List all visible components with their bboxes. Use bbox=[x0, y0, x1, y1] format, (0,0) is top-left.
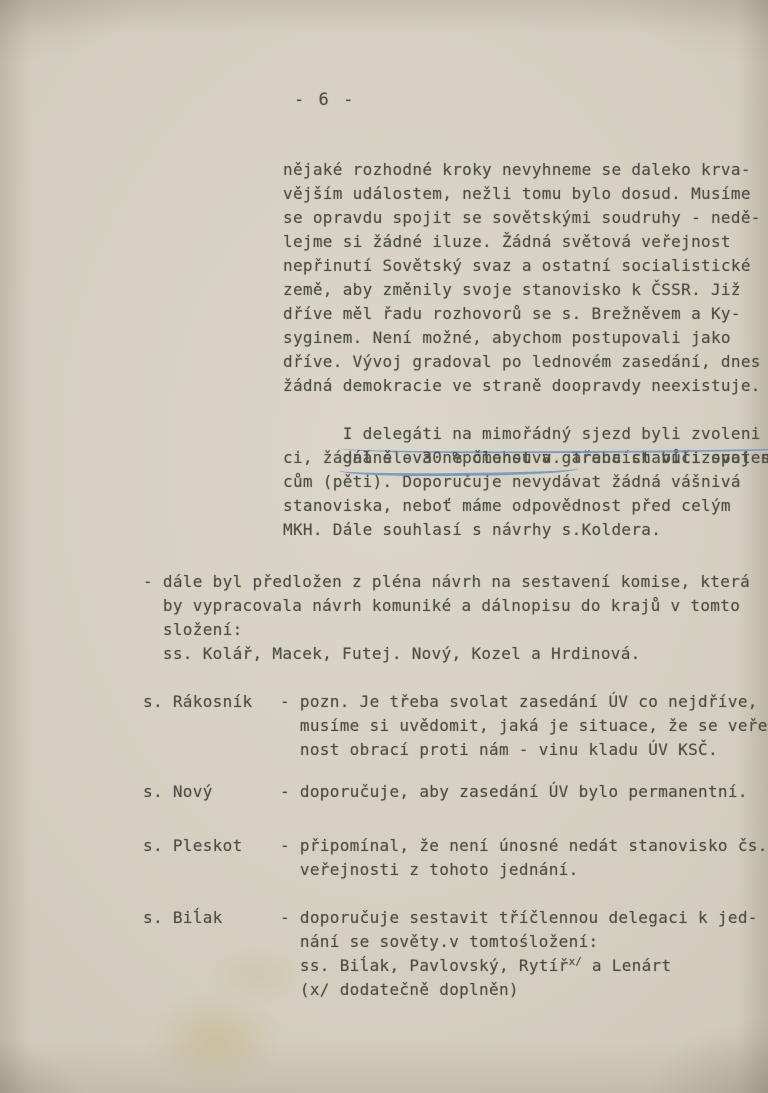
text-line: nepřinutí Sovětský svaz a ostatní social… bbox=[283, 254, 753, 278]
main-paragraph: nějaké rozhodné kroky nevyhneme se dalek… bbox=[283, 158, 753, 542]
footnote-marker: x/ bbox=[569, 955, 582, 968]
text-line: dříve. Vývoj gradoval po lednovém zasedá… bbox=[283, 350, 753, 374]
speaker-remark: - doporučuje sestavit tříčlennou delegac… bbox=[280, 906, 758, 1002]
speaker-entry-bilak: s. Biĺak - doporučuje sestavit tříčlenno… bbox=[143, 906, 758, 1002]
text-segment: ss. Biĺak, Pavlovský, Rytíř bbox=[280, 956, 569, 975]
text-line: země, aby změnily svoje stanovisko k ČSS… bbox=[283, 278, 753, 302]
text-line-underlined: I delegáti na mimořádný sjezd byli zvole… bbox=[283, 398, 753, 422]
text-line: cům (pěti). Doporučuje nevydávat žádná v… bbox=[283, 470, 753, 494]
text-segment: gálně - 30 % členstva. bbox=[343, 448, 562, 467]
speaker-remark: - doporučuje, aby zasedání ÚV bylo perma… bbox=[280, 780, 748, 804]
text-line: ss. Kolář, Macek, Futej. Nový, Kozel a H… bbox=[143, 642, 753, 666]
text-line: - připomínal, že není únosné nedát stano… bbox=[280, 834, 768, 858]
speaker-remark: - připomínal, že není únosné nedát stano… bbox=[280, 834, 768, 882]
text-line: nání se sověty.v tomtośložení: bbox=[280, 930, 758, 954]
speaker-name: s. Biĺak bbox=[143, 906, 280, 930]
text-line: lejme si žádné iluze. Žádná světová veře… bbox=[283, 230, 753, 254]
text-line: se opravdu spojit se sovětskými soudruhy… bbox=[283, 206, 753, 230]
speaker-entry-pleskot: s. Pleskot - připomínal, že není únosné … bbox=[143, 834, 768, 882]
underlined-text: I delegáti na mimořádný sjezd byli zvole… bbox=[343, 422, 768, 446]
text-line: žádná demokracie ve straně doopravdy nee… bbox=[283, 374, 753, 398]
text-line: musíme si uvědomit, jaká je situace, že … bbox=[280, 714, 768, 738]
text-line: - doporučuje, aby zasedání ÚV bylo perma… bbox=[280, 780, 748, 804]
speaker-name: s. Pleskot bbox=[143, 834, 280, 858]
speaker-remark: - pozn. Je třeba svolat zasedání ÚV co n… bbox=[280, 690, 768, 762]
text-line: stanoviska, neboť máme odpovědnost před … bbox=[283, 494, 753, 518]
page-number: - 6 - bbox=[294, 88, 355, 112]
text-segment: a Lenárt bbox=[582, 956, 672, 975]
text-line: složení: bbox=[143, 618, 753, 642]
underlined-text: gálně - 30 % členstva. bbox=[343, 446, 562, 470]
speaker-name: s. Rákosník bbox=[143, 690, 280, 714]
text-segment: I delegáti na mimořádný sjezd byli zvole… bbox=[343, 424, 768, 443]
text-line: dříve měl řadu rozhovorů se s. Brežněvem… bbox=[283, 302, 753, 326]
text-line: - pozn. Je třeba svolat zasedání ÚV co n… bbox=[280, 690, 768, 714]
text-line: veřejnosti z tohoto jednání. bbox=[280, 858, 768, 882]
text-line: nějaké rozhodné kroky nevyhneme se dalek… bbox=[283, 158, 753, 182]
document-page: - 6 - nějaké rozhodné kroky nevyhneme se… bbox=[0, 0, 768, 1093]
speaker-entry-novy: s. Nový - doporučuje, aby zasedání ÚV by… bbox=[143, 780, 748, 804]
text-line: by vypracovala návrh komuniké a dálnopis… bbox=[143, 594, 753, 618]
text-line: MKH. Dále souhlasí s návrhy s.Koldera. bbox=[283, 518, 753, 542]
text-line: - dále byl předložen z pléna návrh na se… bbox=[143, 570, 753, 594]
speaker-name: s. Nový bbox=[143, 780, 280, 804]
footnote-line: (x/ dodatečně doplněn) bbox=[280, 978, 758, 1002]
text-line: vějším událostem, nežli tomu bylo dosud.… bbox=[283, 182, 753, 206]
text-line-with-superscript: ss. Biĺak, Pavlovský, Rytířx/ a Lenárt bbox=[280, 954, 758, 978]
bullet-paragraph: - dále byl předložen z pléna návrh na se… bbox=[143, 570, 753, 666]
text-line: syginem. Není možné, abychom postupovali… bbox=[283, 326, 753, 350]
text-line: nost obrací proti nám - vinu kladu ÚV KS… bbox=[280, 738, 768, 762]
text-line: - doporučuje sestavit tříčlennou delegac… bbox=[280, 906, 758, 930]
speaker-entry-rakosnik: s. Rákosník - pozn. Je třeba svolat zase… bbox=[143, 690, 768, 762]
